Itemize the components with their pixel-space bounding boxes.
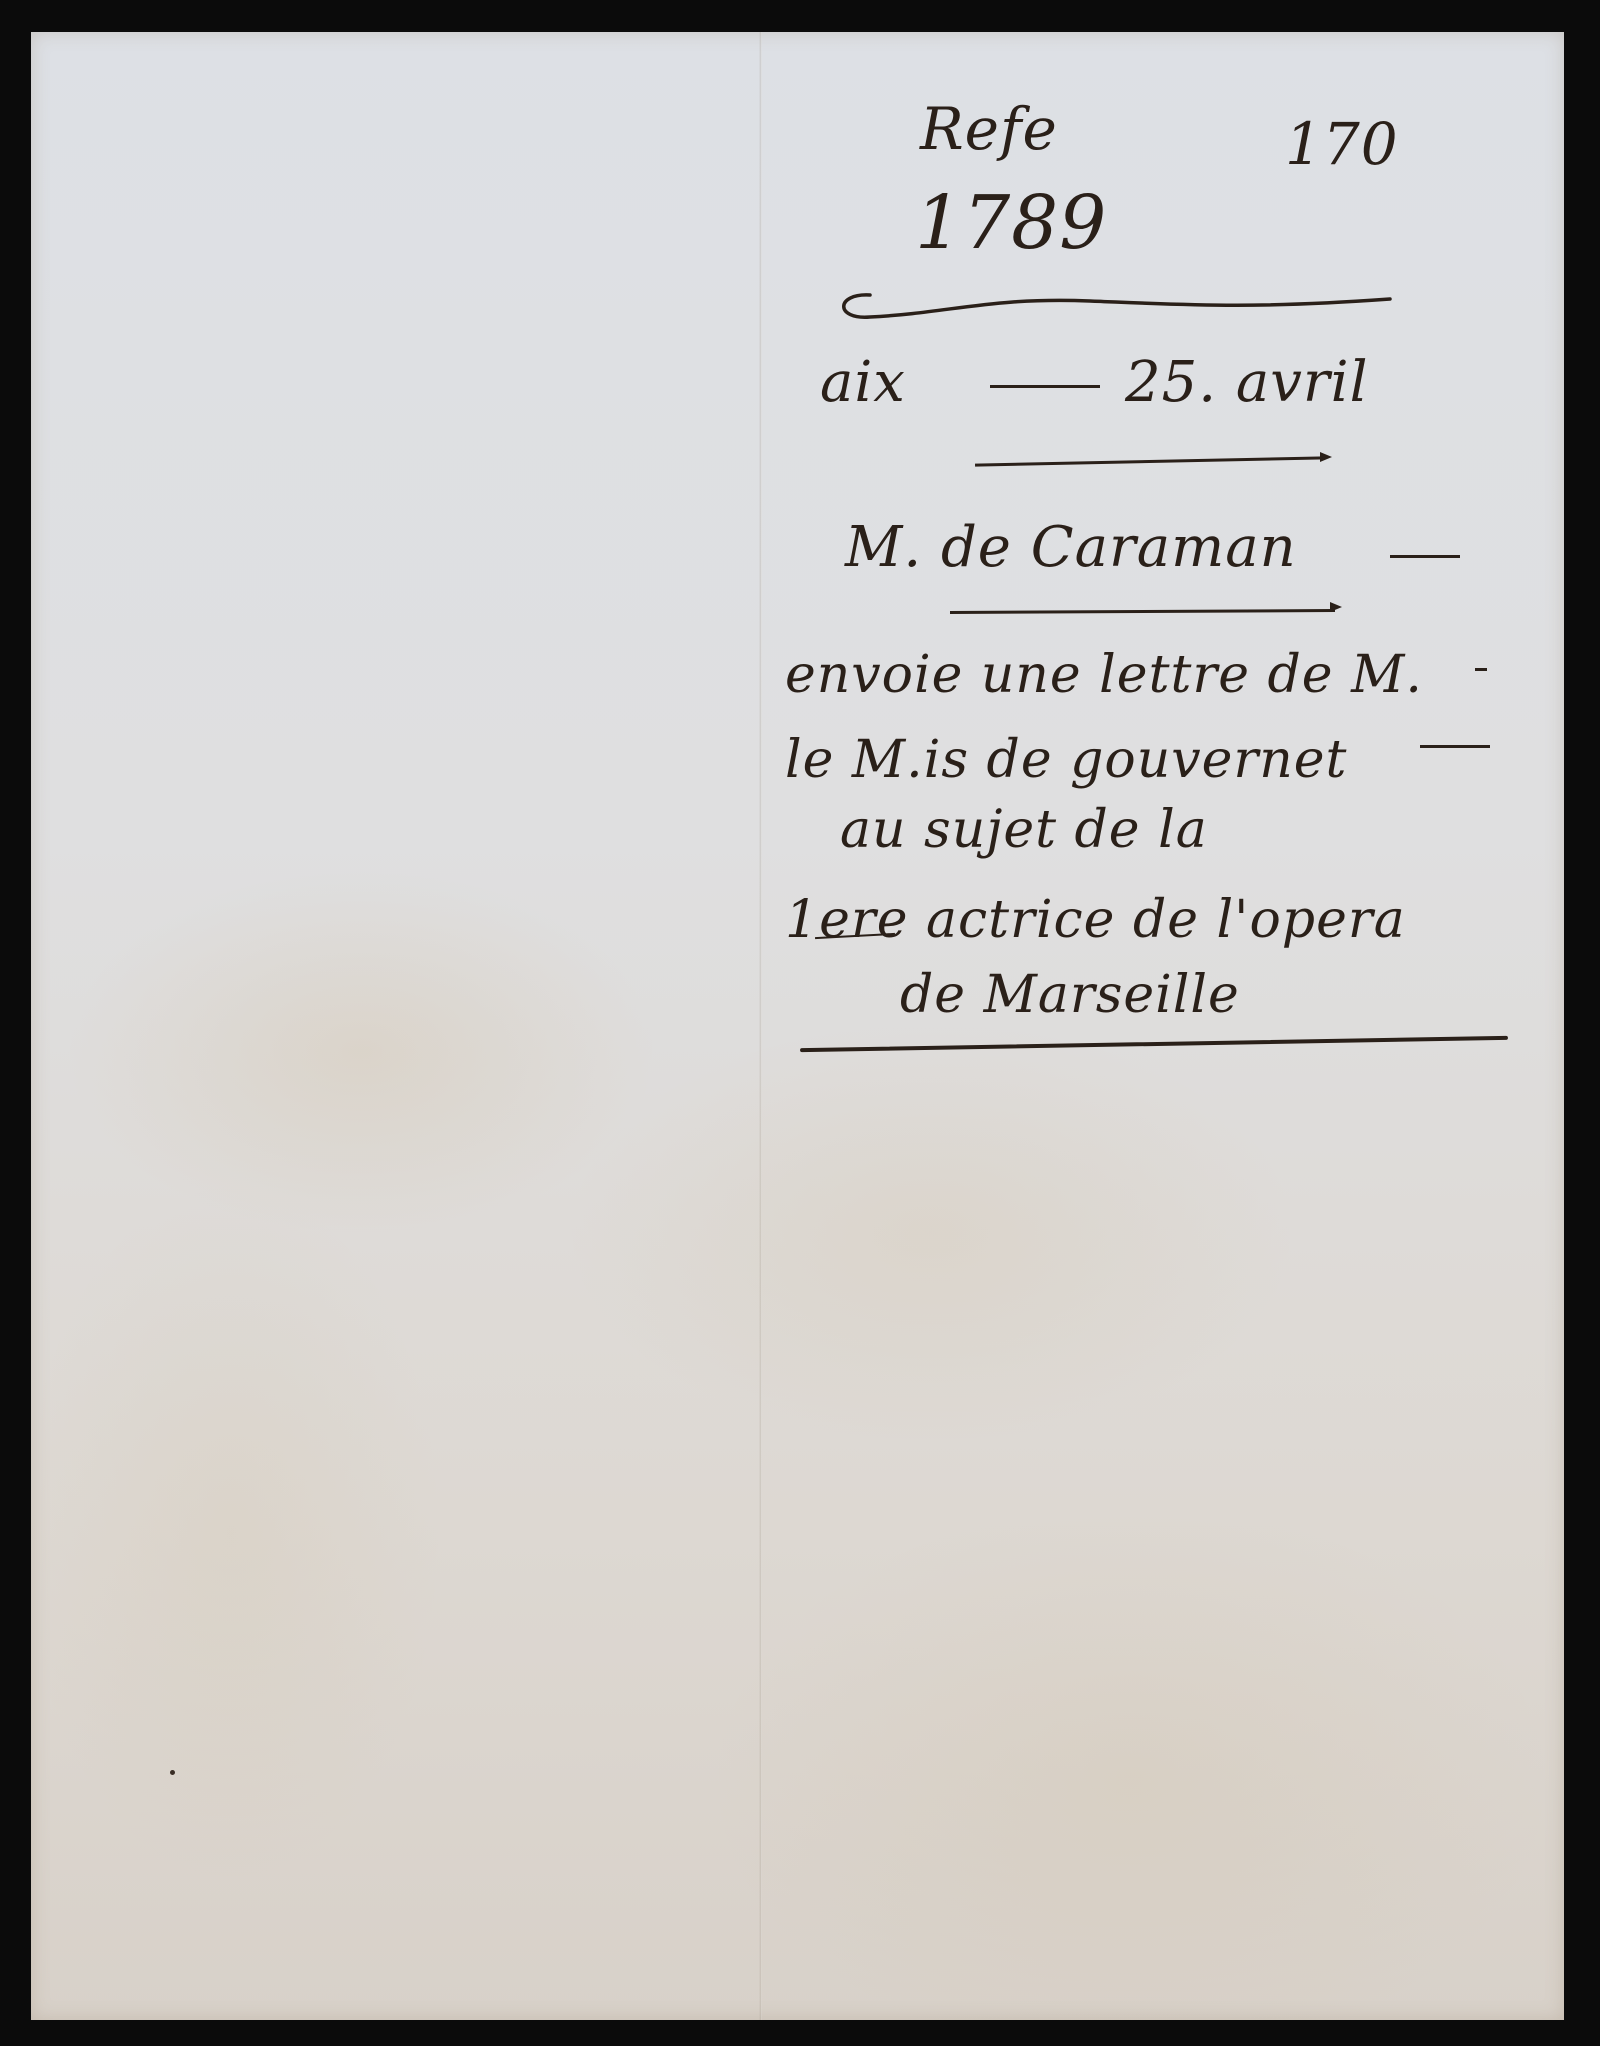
rule-arrow-icon	[1320, 452, 1332, 462]
place-date-dash	[990, 385, 1100, 388]
flourish-divider	[830, 285, 1430, 335]
folio-number: 170	[1285, 110, 1399, 178]
date: 25. avril	[1125, 350, 1368, 415]
line-end-dash	[1475, 668, 1487, 671]
summary-line: le M.is de gouvernet	[785, 730, 1347, 790]
register-mark: Refe	[920, 95, 1058, 163]
ink-speck	[170, 1770, 175, 1775]
sender-tail-stroke	[1390, 555, 1460, 558]
sender: M. de Caraman	[845, 515, 1297, 580]
summary-line: envoie une lettre de M.	[785, 645, 1423, 705]
summary-line: 1ere actrice de l'opera	[785, 890, 1406, 950]
summary-line: de Marseille	[900, 965, 1240, 1025]
center-fold-line	[759, 32, 762, 2020]
place: aix	[820, 350, 906, 415]
rule-arrow-icon	[1330, 602, 1342, 612]
summary-line: au sujet de la	[840, 800, 1208, 860]
year: 1789	[915, 180, 1107, 266]
line-end-stroke	[1420, 745, 1490, 748]
